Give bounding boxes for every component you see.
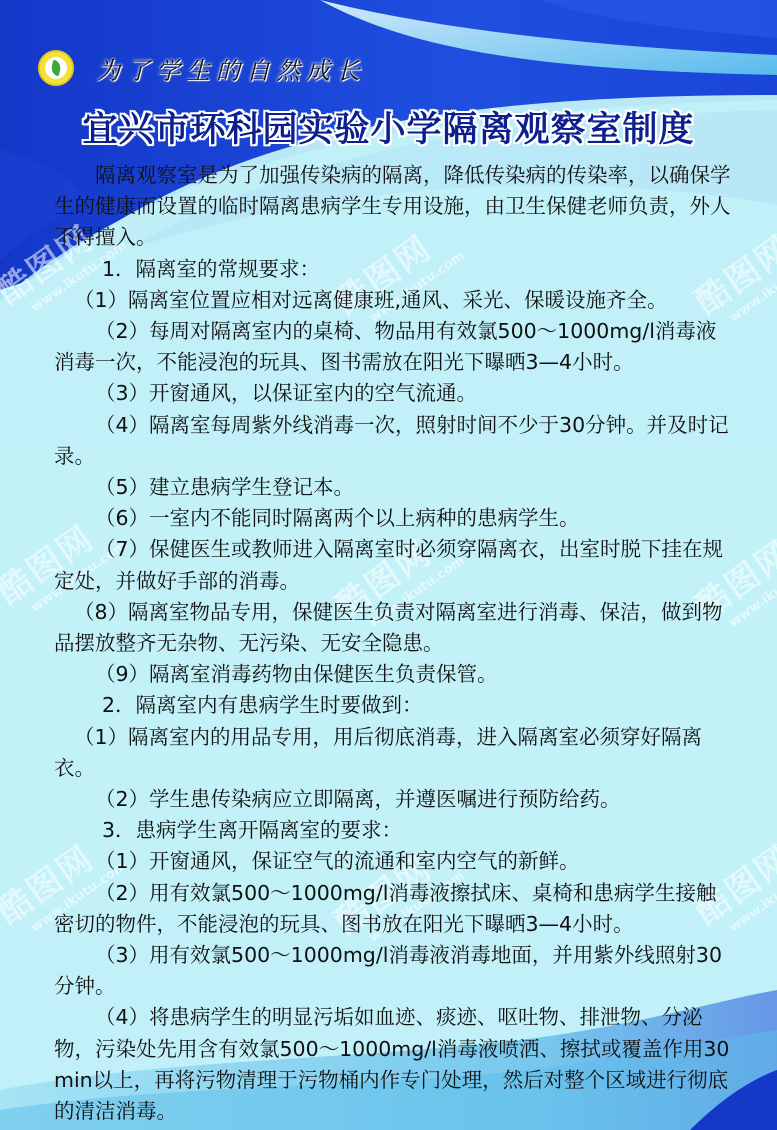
list-item: （1）开窗通风，保证空气的流通和室内空气的新鲜。	[54, 846, 734, 877]
page-title: 宜兴市环科园实验小学隔离观察室制度	[0, 102, 777, 152]
list-item: （4）隔离室每周紫外线消毒一次，照射时间不少于30分钟。并及时记录。	[54, 410, 734, 472]
section-heading: 2．隔离室内有患病学生时要做到：	[54, 690, 734, 721]
list-item: （5）建立患病学生登记本。	[54, 472, 734, 503]
list-item: （2）用有效氯500～1000mg/l消毒液擦拭床、桌椅和患病学生接触密切的物件…	[54, 878, 734, 940]
list-item: （7）保健医生或教师进入隔离室时必须穿隔离衣，出室时脱下挂在规定处，并做好手部的…	[54, 534, 734, 596]
list-item: （3）用有效氯500～1000mg/l消毒液消毒地面，并用紫外线照射30分钟。	[54, 940, 734, 1002]
intro-paragraph: 隔离观察室是为了加强传染病的隔离，降低传染病的传染率，以确保学生的健康而设置的临…	[54, 160, 734, 254]
document-body: 隔离观察室是为了加强传染病的隔离，降低传染病的传染率，以确保学生的健康而设置的临…	[54, 160, 734, 1127]
header: 为了学生的自然成长	[38, 48, 366, 88]
section-heading: 1．隔离室的常规要求：	[54, 254, 734, 285]
list-item: （9）隔离室消毒药物由保健医生负责保管。	[54, 659, 734, 690]
leaf-icon	[49, 60, 63, 77]
list-item: （6）一室内不能同时隔离两个以上病种的患病学生。	[54, 503, 734, 534]
list-item: （8）隔离室物品专用，保健医生负责对隔离室进行消毒、保洁，做到物品摆放整齐无杂物…	[54, 597, 734, 659]
list-item: （2）每周对隔离室内的桌椅、物品用有效氯500～1000mg/l消毒液消毒一次，…	[54, 316, 734, 378]
list-item: （3）开窗通风，以保证室内的空气流通。	[54, 378, 734, 409]
slogan: 为了学生的自然成长	[96, 51, 366, 86]
school-logo-icon	[38, 50, 74, 86]
list-item: （1）隔离室位置应相对远离健康班,通风、采光、保暖设施齐全。	[54, 285, 734, 316]
section-heading: 3．患病学生离开隔离室的要求：	[54, 815, 734, 846]
list-item: （2）学生患传染病应立即隔离，并遵医嘱进行预防给药。	[54, 784, 734, 815]
list-item: （1）隔离室内的用品专用，用后彻底消毒，进入隔离室必须穿好隔离衣。	[54, 722, 734, 784]
list-item: （4）将患病学生的明显污垢如血迹、痰迹、呕吐物、排泄物、分泌物，污染处先用含有效…	[54, 1002, 734, 1127]
